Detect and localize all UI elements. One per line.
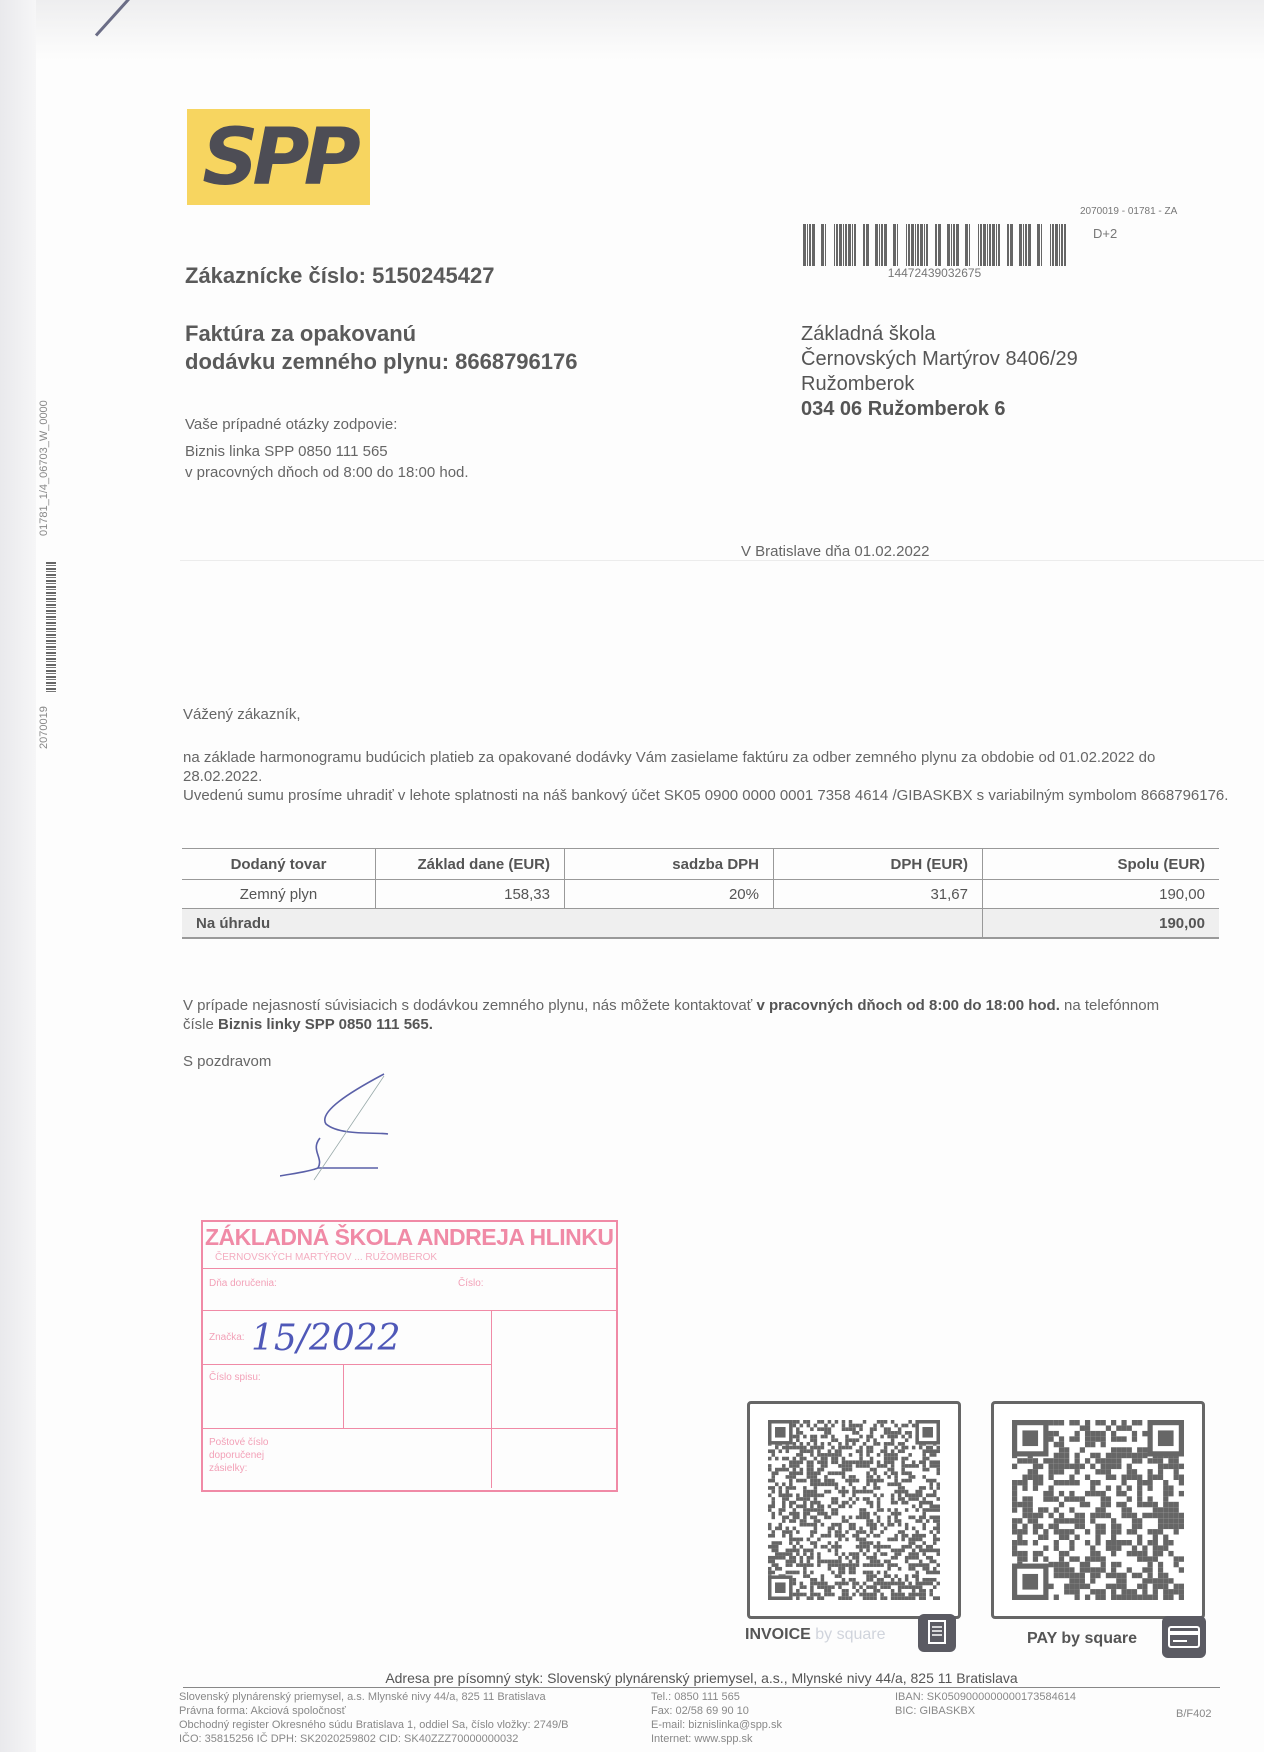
recipient-address: Základná škola Černovských Martýrov 8406… — [801, 322, 1078, 422]
invoice-title-line2: dodávku zemného plynu: 8668796176 — [185, 348, 578, 376]
stamp-label-number: Číslo: — [458, 1278, 484, 1289]
invoice-title-line1: Faktúra za opakovanú — [185, 320, 578, 348]
invoice-title: Faktúra za opakovanú dodávku zemného ply… — [185, 320, 578, 376]
pay-qr-code — [1012, 1420, 1184, 1600]
col-header-tax-base: Základ dane (EUR) — [376, 849, 565, 880]
scan-edge — [0, 0, 36, 1752]
scan-shadow — [36, 0, 1264, 60]
stamp-label-postal: Poštové číslo doporučenej zásielky: — [209, 1436, 299, 1475]
note-phone: Biznis linky SPP 0850 111 565. — [218, 1016, 433, 1033]
contact-note: V prípade nejasností súvisiacich s dodáv… — [183, 996, 1183, 1034]
stamp-line — [203, 1268, 616, 1269]
recipient-line3: Ružomberok — [801, 372, 1078, 397]
contact-info: Vaše prípadné otázky zodpovie: Biznis li… — [185, 414, 469, 483]
logo-text: SPP — [187, 113, 370, 203]
document-icon — [918, 1614, 956, 1652]
stamp-line — [203, 1310, 616, 1311]
total-row: Na úhradu 190,00 — [182, 909, 1219, 939]
footer-website[interactable]: Internet: www.spp.sk — [651, 1732, 782, 1746]
table-header-row: Dodaný tovar Základ dane (EUR) sadzba DP… — [182, 849, 1219, 880]
stamp-line — [203, 1428, 616, 1429]
footer-company: Slovenský plynárenský priemysel, a.s. Ml… — [179, 1690, 569, 1746]
stamp-label-record: Značka: — [209, 1332, 245, 1343]
col-header-total: Spolu (EUR) — [983, 849, 1220, 880]
recipient-line4: 034 06 Ružomberok 6 — [801, 397, 1078, 422]
stamp-label-date: Dňa doručenia: — [209, 1278, 277, 1289]
stamp-title: ZÁKLADNÁ ŠKOLA ANDREJA HLINKU — [205, 1224, 613, 1251]
pay-qr-label: PAY by square — [1027, 1630, 1137, 1648]
form-code: B/F402 — [1176, 1707, 1211, 1721]
footer-line: Právna forma: Akciová spoločnosť — [179, 1704, 569, 1718]
footer-iban: IBAN: SK0509000000000173584614 — [895, 1690, 1076, 1704]
footer-phone: Tel.: 0850 111 565 — [651, 1690, 782, 1704]
greeting: Vážený zákazník, — [183, 706, 301, 723]
stamp-label-file: Číslo spisu: — [209, 1372, 261, 1383]
correspondence-address: Adresa pre písomný styk: Slovenský plyná… — [183, 1670, 1220, 1688]
closing: S pozdravom — [183, 1053, 271, 1070]
footer-bank: IBAN: SK0509000000000173584614 BIC: GIBA… — [895, 1690, 1076, 1718]
delivery-code: D+2 — [1093, 226, 1117, 241]
stamp-subtitle: ČERNOVSKÝCH MARTÝROV ... RUŽOMBEROK — [215, 1252, 437, 1263]
body-text: na základe harmonogramu budúcich platieb… — [183, 748, 1233, 805]
col-header-goods: Dodaný tovar — [182, 849, 376, 880]
side-code-lower: 2070019 — [38, 688, 64, 768]
footer-bic: BIC: GIBASKBX — [895, 1704, 1076, 1718]
contact-line1: Vaše prípadné otázky zodpovie: — [185, 414, 469, 435]
total-value: 190,00 — [983, 909, 1220, 939]
side-barcode — [46, 562, 56, 694]
col-header-vat-rate: sadzba DPH — [565, 849, 774, 880]
stamp-vline — [491, 1310, 492, 1488]
recipient-line2: Černovských Martýrov 8406/29 — [801, 347, 1078, 372]
invoice-label: INVOICE — [745, 1626, 811, 1643]
cell-tax-base: 158,33 — [376, 880, 565, 909]
cell-vat: 31,67 — [774, 880, 983, 909]
footer-contact: Tel.: 0850 111 565 Fax: 02/58 69 90 10 E… — [651, 1690, 782, 1746]
handwritten-record-number: 15/2022 — [251, 1318, 401, 1359]
cell-goods: Zemný plyn — [182, 880, 376, 909]
footer-email[interactable]: E-mail: biznislinka@spp.sk — [651, 1718, 782, 1732]
col-header-vat: DPH (EUR) — [774, 849, 983, 880]
invoice-suffix: by square — [815, 1626, 885, 1643]
note-hours: v pracovných dňoch od 8:00 do 18:00 hod. — [756, 997, 1059, 1014]
paragraph-period: na základe harmonogramu budúcich platieb… — [183, 748, 1233, 786]
signature — [280, 1072, 400, 1184]
footer-line: Obchodný register Okresného súdu Bratisl… — [179, 1718, 569, 1732]
invoice-qr-frame — [747, 1401, 961, 1619]
side-code-upper: 01781_1/4_06703_W_0000 — [38, 388, 64, 548]
barcode-number: 14472439032675 — [803, 266, 1066, 280]
invoice-table: Dodaný tovar Základ dane (EUR) sadzba DP… — [182, 848, 1219, 939]
footer-line: Slovenský plynárenský priemysel, a.s. Ml… — [179, 1690, 569, 1704]
customer-number: Zákaznícke číslo: 5150245427 — [185, 263, 494, 289]
pay-qr-frame — [991, 1401, 1205, 1619]
recipient-line1: Základná škola — [801, 322, 1078, 347]
table-row: Zemný plyn 158,33 20% 31,67 190,00 — [182, 880, 1219, 909]
registry-stamp: ZÁKLADNÁ ŠKOLA ANDREJA HLINKU ČERNOVSKÝC… — [201, 1220, 618, 1492]
divider — [180, 560, 1264, 561]
contact-line3: v pracovných dňoch od 8:00 do 18:00 hod. — [185, 462, 469, 483]
footer-fax: Fax: 02/58 69 90 10 — [651, 1704, 782, 1718]
issue-date: V Bratislave dňa 01.02.2022 — [741, 543, 929, 560]
total-label: Na úhradu — [182, 909, 983, 939]
stamp-line — [203, 1364, 491, 1365]
note-text: V prípade nejasností súvisiacich s dodáv… — [183, 997, 756, 1014]
barcode — [803, 224, 1066, 266]
paragraph-payment: Uvedenú sumu prosíme uhradiť v lehote sp… — [183, 786, 1233, 805]
stamp-vline — [343, 1364, 344, 1428]
contact-line2: Biznis linka SPP 0850 111 565 — [185, 441, 469, 462]
invoice-qr-code — [768, 1420, 940, 1600]
reference-code: 2070019 - 01781 - ZA — [1080, 206, 1177, 217]
card-icon — [1162, 1616, 1206, 1658]
invoice-qr-label: INVOICE by square — [745, 1626, 886, 1644]
cell-total: 190,00 — [983, 880, 1220, 909]
footer-line: IČO: 35815256 IČ DPH: SK2020259802 CID: … — [179, 1732, 569, 1746]
cell-vat-rate: 20% — [565, 880, 774, 909]
spp-logo: SPP — [187, 109, 370, 205]
